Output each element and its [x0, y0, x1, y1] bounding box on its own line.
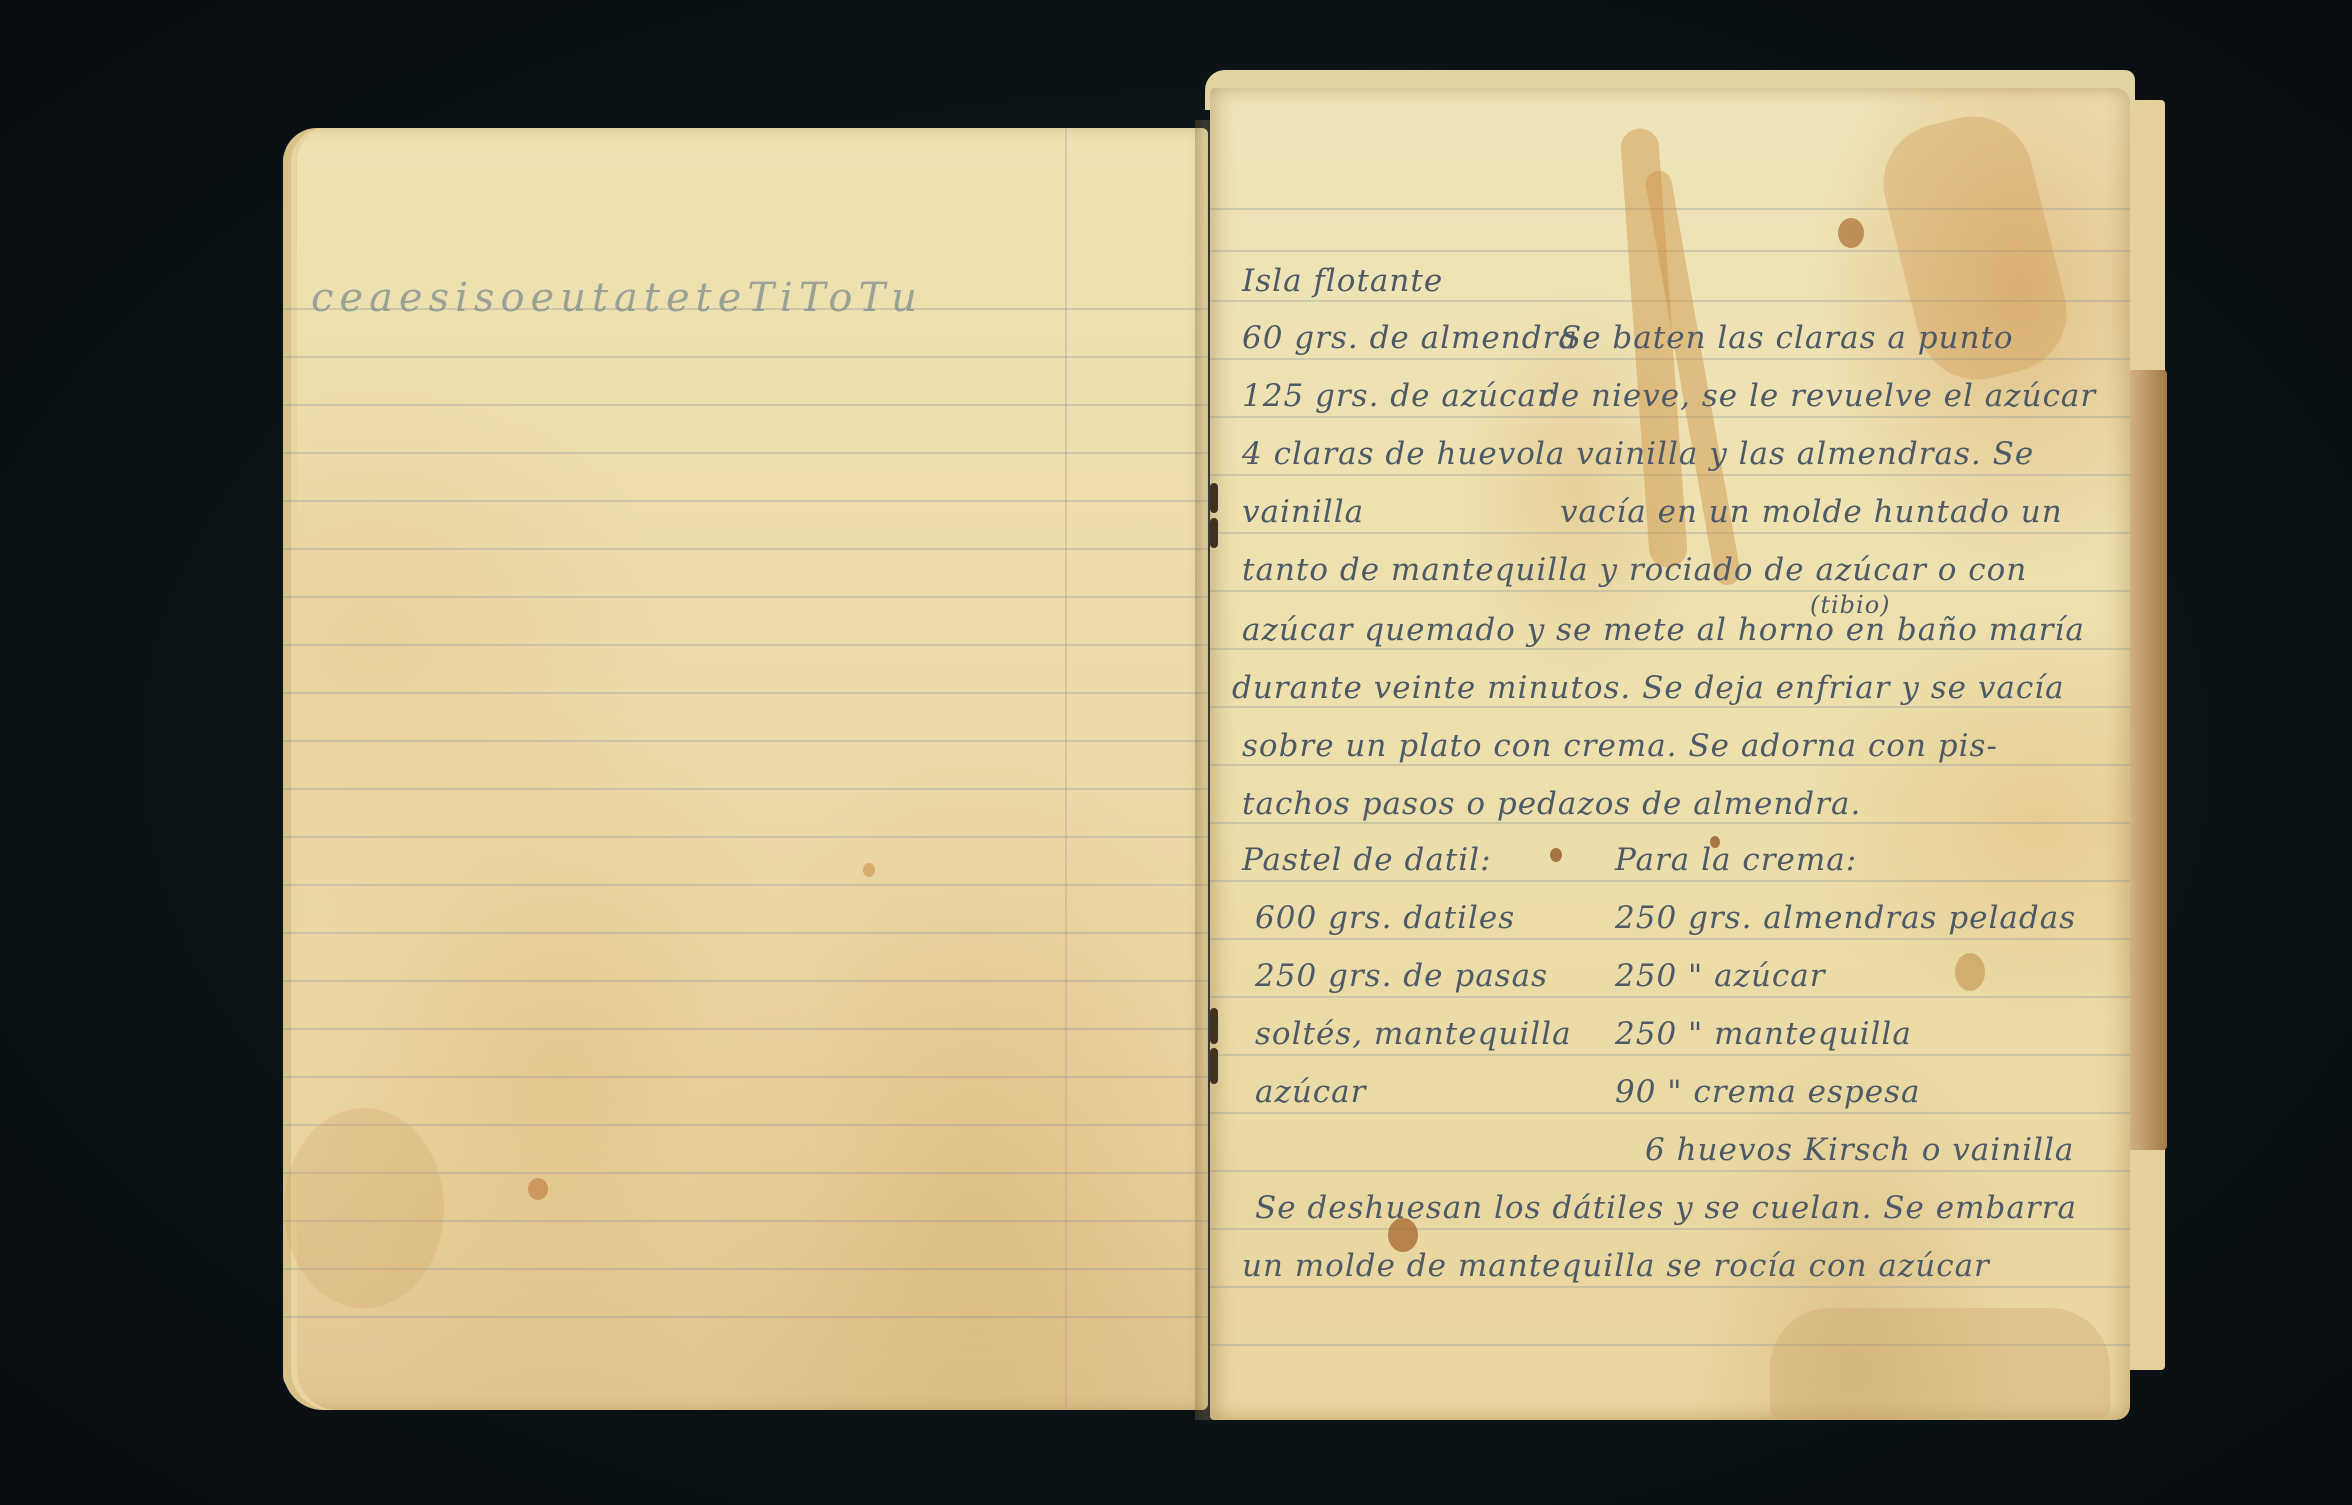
ingredient-line: azúcar — [1255, 1077, 1366, 1108]
practice-handwriting-line: ceaesisoeutateteTiToTu — [311, 278, 923, 318]
instruction-line: Se baten las claras a punto — [1560, 323, 2014, 354]
cream-ingredient-line: 250 grs. almendras peladas — [1615, 903, 2076, 934]
instruction-line: tachos pasos o pedazos de almendra. — [1242, 789, 1861, 820]
cream-ingredient-line: 250 " azúcar — [1615, 961, 1826, 992]
binding-thread-hole — [1210, 518, 1218, 548]
stain-spot — [1955, 953, 1985, 991]
ingredient-line: soltés, mantequilla — [1255, 1019, 1572, 1050]
stain-spot — [1838, 218, 1864, 248]
recipe-title-pastel-de-datil: Pastel de datil: — [1242, 845, 1492, 876]
binding-thread-hole — [1210, 483, 1218, 513]
ingredient-line: 125 grs. de azúcar — [1242, 381, 1553, 412]
ingredient-line: 4 claras de huevo — [1242, 439, 1536, 470]
binding-thread-hole — [1210, 1048, 1218, 1084]
water-stain — [1770, 1308, 2110, 1418]
instruction-line: de nieve, se le revuelve el azúcar — [1540, 381, 2096, 412]
ingredient-line: 250 grs. de pasas — [1255, 961, 1548, 992]
water-stain — [284, 1108, 444, 1308]
binding-thread-hole — [1210, 1008, 1218, 1044]
instruction-line: un molde de mantequilla se rocía con azú… — [1242, 1251, 1990, 1282]
cream-ingredient-line: 250 " mantequilla — [1615, 1019, 1912, 1050]
ingredient-line: vainilla — [1242, 497, 1364, 528]
instruction-line: azúcar quemado y se mete al horno en bañ… — [1242, 615, 2085, 646]
cream-ingredient-line: 90 " crema espesa — [1615, 1077, 1921, 1108]
ingredient-line: 60 grs. de almendra — [1242, 323, 1578, 354]
instruction-line: Se deshuesan los dátiles y se cuelan. Se… — [1255, 1193, 2077, 1224]
stain-spot — [1550, 848, 1562, 862]
left-page: ceaesisoeutateteTiToTu — [283, 128, 1208, 1410]
cream-ingredient-line: 6 huevos Kirsch o vainilla — [1645, 1135, 2074, 1166]
cream-heading: Para la crema: — [1615, 845, 1857, 876]
right-page: Isla flotante 60 grs. de almendra 125 gr… — [1210, 88, 2130, 1420]
ingredient-line: 600 grs. datiles — [1255, 903, 1515, 934]
stain-spot — [528, 1178, 548, 1200]
instruction-line: la vainilla y las almendras. Se — [1535, 439, 2034, 470]
instruction-line: sobre un plato con crema. Se adorna con … — [1242, 731, 1998, 762]
page-edge-stained — [2125, 370, 2167, 1150]
stain-spot — [863, 863, 875, 877]
instruction-line: durante veinte minutos. Se deja enfriar … — [1232, 673, 2065, 704]
instruction-line: vacía en un molde huntado un — [1560, 497, 2063, 528]
instruction-line: tanto de mantequilla y rociado de azúcar… — [1242, 555, 2027, 586]
recipe-title-isla-flotante: Isla flotante — [1242, 266, 1443, 297]
